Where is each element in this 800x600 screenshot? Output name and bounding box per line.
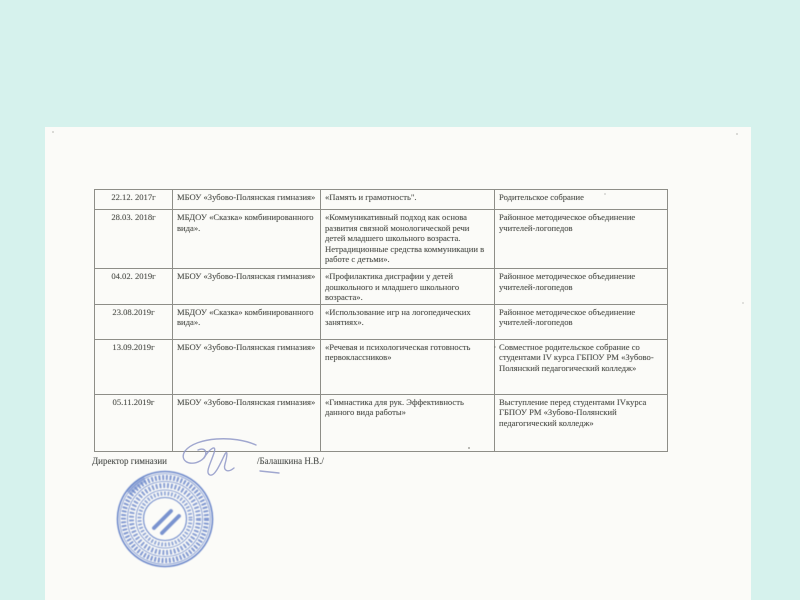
cell-event: Выступление перед студентами IVкурса ГБП…: [495, 394, 668, 451]
cell-institution: МБДОУ «Сказка» комбинированного вида».: [173, 210, 321, 269]
cell-date: 04.02. 2019г: [95, 269, 173, 305]
cell-topic: «Профилактика дисграфии у детей дошкольн…: [321, 269, 495, 305]
cell-event: Районное методическое объединение учител…: [495, 210, 668, 269]
cell-date: 22.12. 2017г: [95, 190, 173, 210]
cell-institution: МБДОУ «Сказка» комбинированного вида».: [173, 304, 321, 339]
cell-date: 23.08.2019г: [95, 304, 173, 339]
table-row: 13.09.2019г МБОУ «Зубово-Полянская гимна…: [95, 339, 668, 394]
scanned-document-page: 22.12. 2017г МБОУ «Зубово-Полянская гимн…: [45, 127, 751, 600]
cell-event: Районное методическое объединение учител…: [495, 304, 668, 339]
round-stamp-icon: [113, 467, 217, 571]
table-row: 22.12. 2017г МБОУ «Зубово-Полянская гимн…: [95, 190, 668, 210]
scan-speck: [736, 133, 738, 135]
cell-institution: МБОУ «Зубово-Полянская гимназия»: [173, 269, 321, 305]
table-row: 28.03. 2018г МБДОУ «Сказка» комбинирован…: [95, 210, 668, 269]
cell-date: 28.03. 2018г: [95, 210, 173, 269]
scan-speck: [494, 346, 496, 348]
scan-speck: [468, 447, 470, 449]
scan-speck: [742, 302, 744, 304]
cell-event: Совместное родительское собрание со студ…: [495, 339, 668, 394]
signature-role-label: Директор гимназии: [92, 456, 167, 466]
cell-institution: МБОУ «Зубово-Полянская гимназия»: [173, 190, 321, 210]
cell-institution: МБОУ «Зубово-Полянская гимназия»: [173, 339, 321, 394]
scan-speck: [604, 193, 606, 195]
schedule-table: 22.12. 2017г МБОУ «Зубово-Полянская гимн…: [94, 189, 668, 452]
slide-background: 22.12. 2017г МБОУ «Зубово-Полянская гимн…: [0, 0, 800, 600]
table-row: 23.08.2019г МБДОУ «Сказка» комбинированн…: [95, 304, 668, 339]
scan-speck: [52, 131, 54, 133]
table-row: 04.02. 2019г МБОУ «Зубово-Полянская гимн…: [95, 269, 668, 305]
cell-event: Районное методическое объединение учител…: [495, 269, 668, 305]
cell-topic: «Гимнастика для рук. Эффективность данно…: [321, 394, 495, 451]
cell-topic: «Память и грамотность".: [321, 190, 495, 210]
cell-topic: «Речевая и психологическая готовность пе…: [321, 339, 495, 394]
cell-topic: «Коммуникативный подход как основа разви…: [321, 210, 495, 269]
cell-topic: «Использование игр на логопедических зан…: [321, 304, 495, 339]
cell-event: Родительское собрание: [495, 190, 668, 210]
cell-date: 13.09.2019г: [95, 339, 173, 394]
